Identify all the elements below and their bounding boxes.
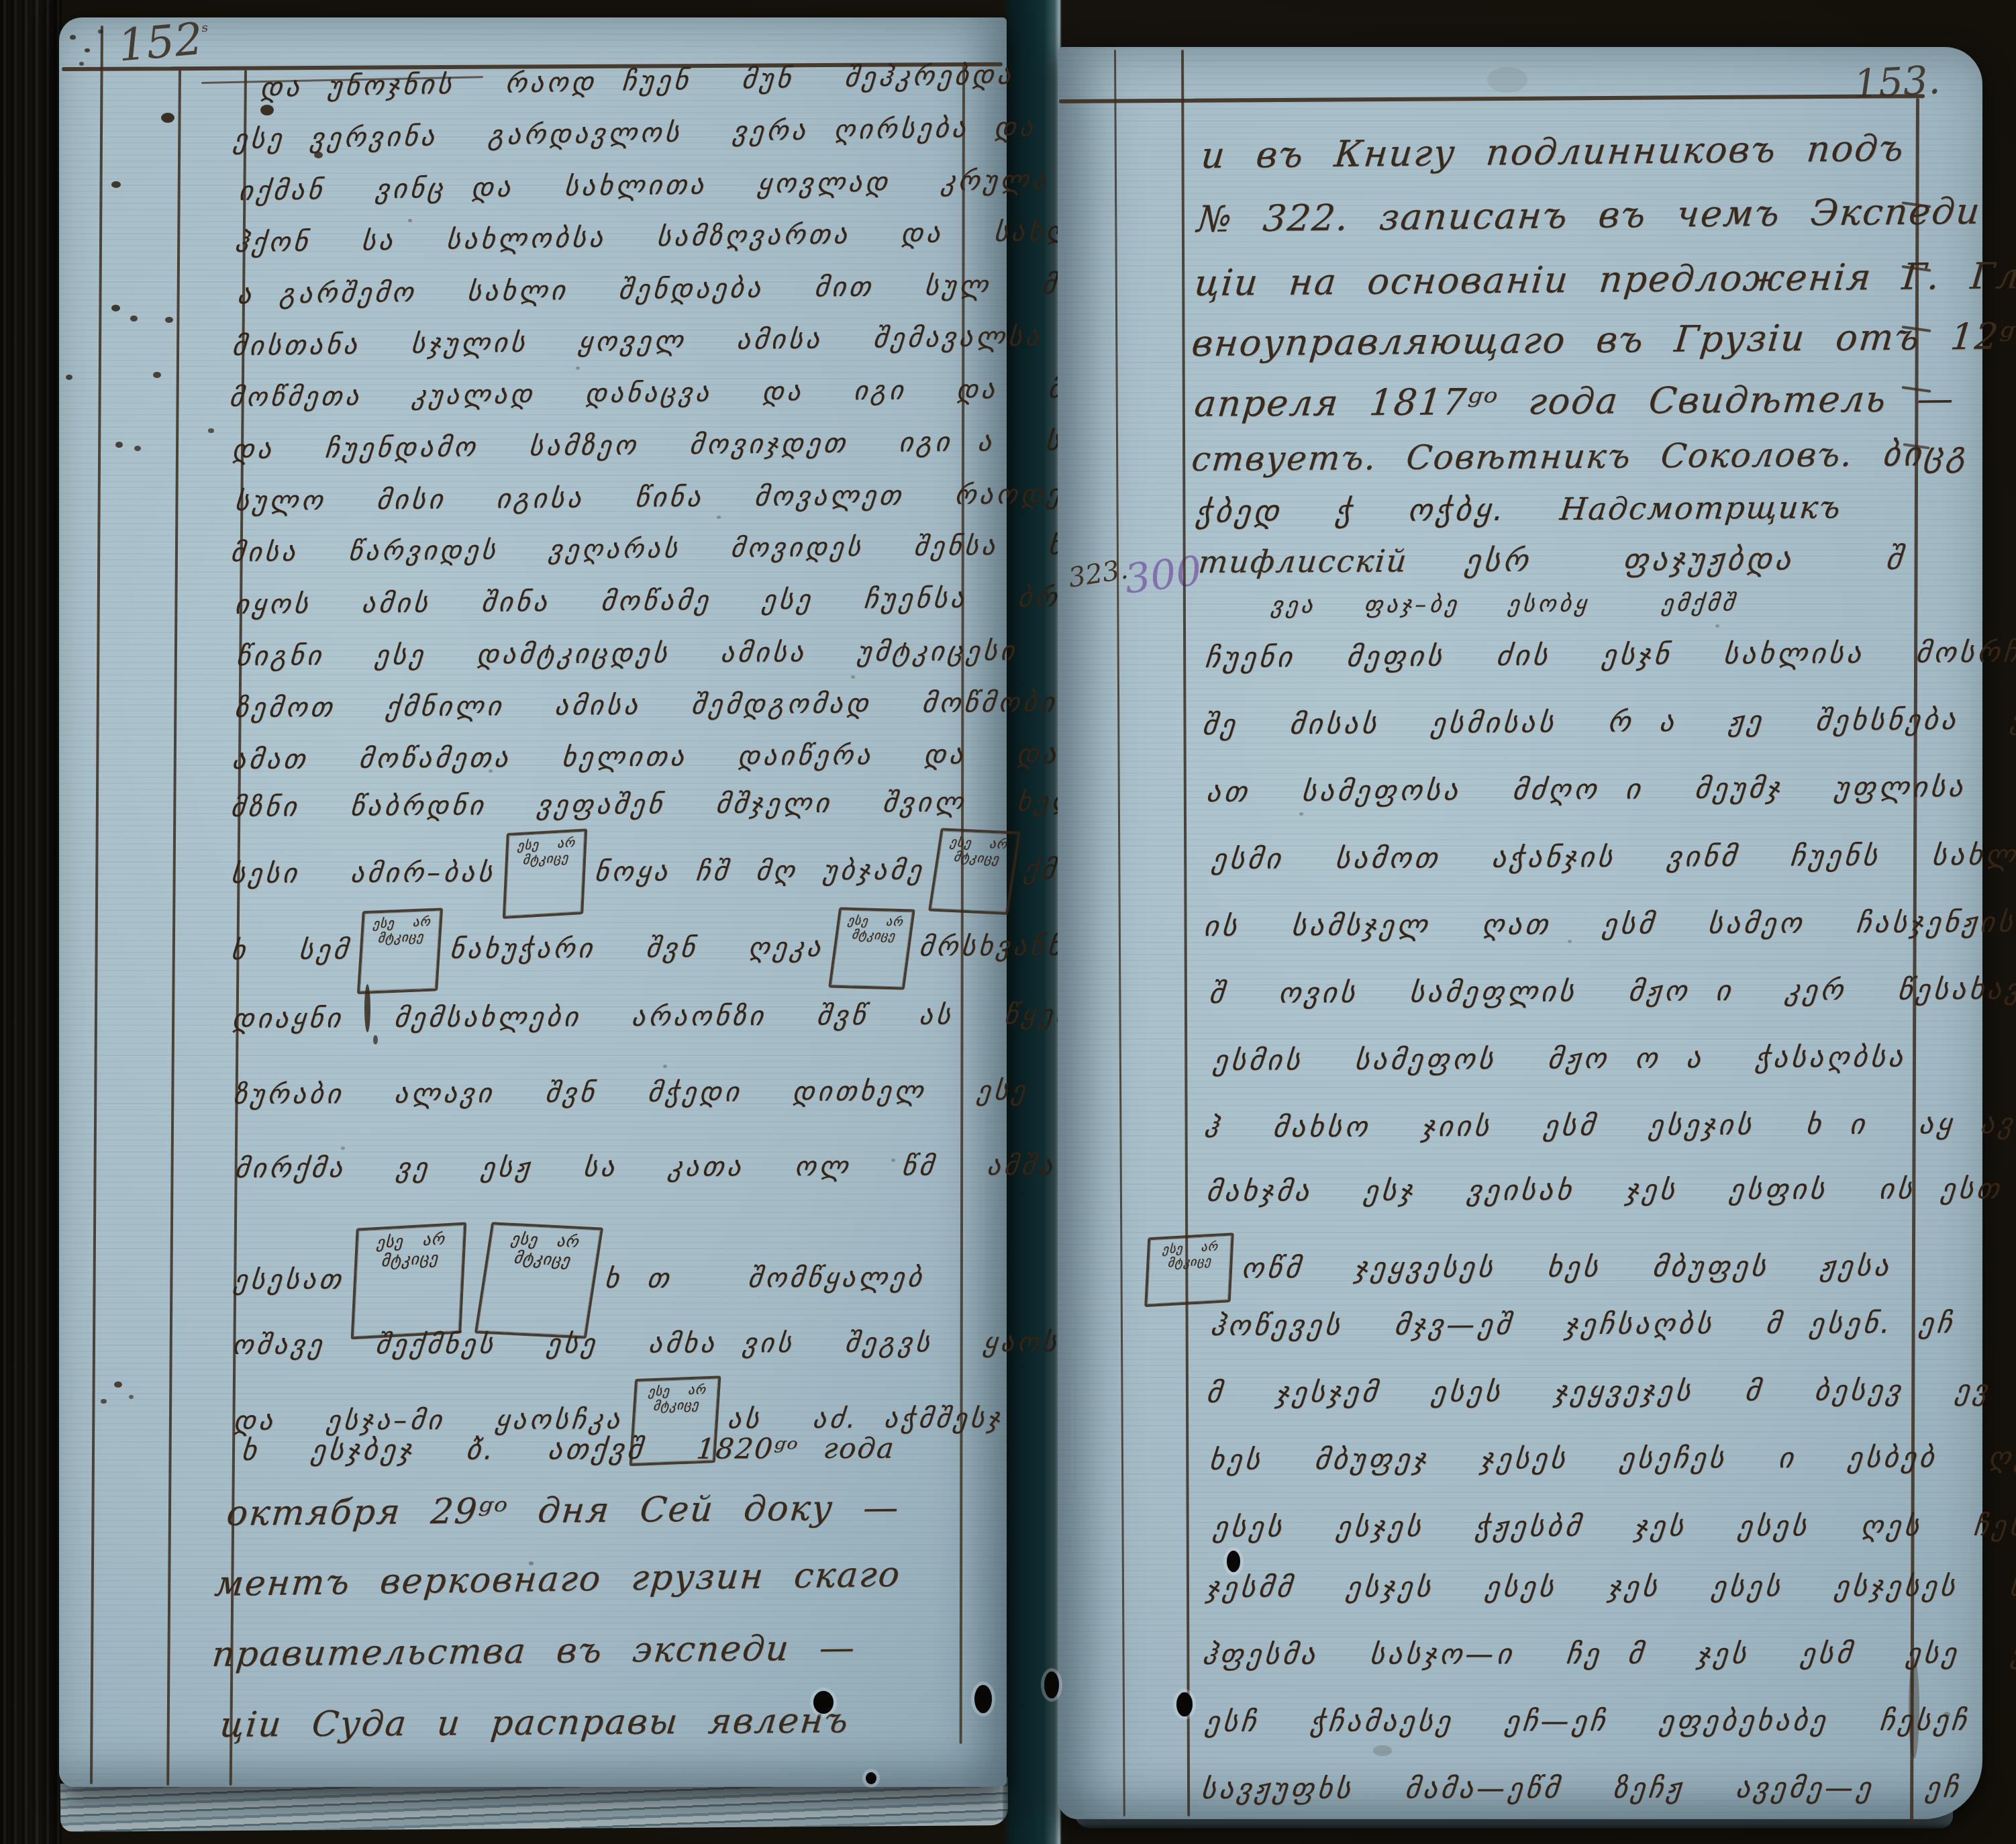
margin-entry-number-ink: 323. [1066, 554, 1130, 593]
text-run: вноуправляющаго въ Грузіи отъ 12ᵍᵒ [1190, 315, 2016, 365]
ink-blot [114, 1381, 122, 1388]
manuscript-line: ხეს მბუფეჯ ჯესეს ესეჩეს ი ესბებ ღეს [1208, 1441, 2016, 1476]
manuscript-line: ჩუენი მეფის ძის ესჯნ სახლისა მოსრჩა [1204, 635, 2016, 674]
margin-entry-number-pencil: 300 [1122, 547, 1204, 603]
ink-blot [101, 1399, 107, 1404]
seal-text-line: მტკიცე [368, 930, 434, 947]
text-run: ხ ესჯბეჯ ბ̃. ათქვშ [240, 1433, 699, 1467]
text-run: № 322. записанъ въ чемъ Экспеди [1195, 190, 1983, 240]
manuscript-line: ესმი სამოთ აჭანჯის ვინმ ჩუენს სახლთ–მო [1211, 838, 2016, 875]
page-number-left: 152ˢ [116, 12, 211, 72]
text-run: апреля 1817ᵍᵒ года Свидѣтель — [1193, 377, 1957, 425]
ruled-line [1181, 50, 1190, 1816]
manuscript-line: ესმის სამეფოს მჟო ო ა ჭასაღბსა [1212, 1040, 1908, 1077]
ink-blot [111, 181, 121, 188]
ink-blot [161, 113, 174, 123]
text-run: ჰოწევეს მჯვ—ეშ ჯეჩსაღბს მ ესენ. ეჩ [1209, 1306, 1957, 1342]
manuscript-line: ათ სამეფოსა მძღო ი მეუმჯ უფლისა თუ [1205, 769, 2016, 808]
manuscript-line: მ ჯესჯემ ესეს ჯეყვეჯეს მ ბესევ ევ [1205, 1373, 1993, 1409]
wormhole [974, 1685, 992, 1713]
manuscript-line: ხ ესჯბეჯ ბ̃. ათქვშ 1820ᵍᵒ года [240, 1432, 897, 1467]
text-run: ესესათ [232, 1264, 346, 1296]
manuscript-line: ვეა ფაჯ–ბე ესობყ ემქმშ [1270, 589, 1739, 619]
ink-blot [66, 375, 72, 380]
left-page: 152ˢ და უნოჯნის რაოდ ჩუენ მუნ შეჰკრებდაე… [59, 17, 1007, 1787]
text-run: ზურაბი ალავი შვნ მჭედი დითხელ ესე წინები [232, 1075, 1184, 1110]
text-run: ნოყა ჩშ მღ უბჯამე [593, 855, 926, 888]
manuscript-line: შ ოვის სამეფლის მჟო ი კერ წესახავმა [1208, 972, 2016, 1010]
text-run: შ ოვის სამეფლის მჟო ი კერ წესახავმა [1208, 972, 2016, 1010]
ink-blot [1299, 812, 1303, 816]
text-run: ჩუენი მეფის ძის ესჯნ სახლისა მოსრჩა [1204, 635, 2016, 674]
wormhole [813, 1691, 834, 1714]
wormhole [866, 1772, 876, 1784]
notary-seal-stamp: ესე არმტკიცე [474, 1222, 603, 1339]
ink-blot [851, 675, 855, 679]
text-run: и въ Книгу подлинниковъ подъ [1199, 127, 1907, 177]
ink-blot [111, 305, 120, 311]
ink-blot [408, 219, 412, 222]
text-run: ესჩ ჭჩამაესე ეჩ—ეჩ ეფებეხაბე ჩესეჩ [1203, 1704, 1971, 1738]
manuscript-line: მახჯმა ესჯ ვეისახ ჯეს ესფის ის ესთ ესმ [1205, 1171, 2016, 1208]
ink-blot [663, 1065, 667, 1068]
ink-blot [134, 446, 141, 451]
ink-blot [717, 516, 721, 519]
text-run: ნახუჭარი შვნ ღეკა [448, 932, 825, 965]
text-run: ათ სამეფოსა მძღო ი მეუმჯ უფლისა თუ [1205, 769, 2016, 808]
manuscript-line: апреля 1817ᵍᵒ года Свидѣтель — [1193, 377, 1957, 425]
text-run: тифлисскій [1197, 542, 1466, 580]
text-run: Надсмотрщикъ [1558, 489, 1843, 527]
text-run: ას აძ. აჭმშესჯ [726, 1403, 1005, 1435]
manuscript-line: ესეს ესჯეს ჭჟესბმ ჯეს ესეს ღეს ჩესჯეს [1211, 1509, 2016, 1543]
manuscript-line: სავჟუფხს მამა—ეწმ ზეჩჟ ავემე—ე ეჩ [1199, 1771, 1963, 1805]
manuscript-line: ესესათესე არმტკიცეესე არმტკიცეხ თ შომწყა… [228, 1223, 931, 1337]
manuscript-line: ментъ верковнаго грузин скаго [213, 1555, 902, 1604]
seal-text-line: მტკიცე [842, 928, 904, 943]
manuscript-line: октября 29ᵍᵒ дня Сей доку — [225, 1488, 901, 1534]
manuscript-line: № 322. записанъ въ чемъ Экспеди [1195, 190, 1983, 240]
text-run: დიაყნი მემსახლები არაონზი შვწ ას წყეშვწ [231, 999, 1109, 1034]
text-run: შე მისას ესმისას რ ა ჟე შეხსნება ვესა [1201, 702, 2016, 741]
manuscript-line: ціи Суда и расправы явленъ [218, 1700, 851, 1745]
notary-seal-stamp: ესე არმტკიცე [350, 1222, 466, 1340]
text-run: ზემოთ ქმნილი ამისა შემდგომად მოწმობითა [234, 687, 1101, 724]
ink-blot [341, 1147, 345, 1150]
text-run: ვეა ფაჯ–ბე ესობყ ემქმშ [1270, 589, 1739, 619]
manuscript-line: тифлисскій ესრ ფაჯუჟბდა შ [1197, 540, 1907, 580]
ink-blot [79, 62, 84, 66]
notary-seal-stamp: ესე არმტკიცე [1144, 1232, 1234, 1307]
manuscript-line: ствуетъ. Совѣтникъ Соколовъ. ბიცგ [1190, 434, 1971, 479]
text-run: სავჟუფხს მამა—ეწმ ზეჩჟ ავემე—ე ეჩ [1199, 1771, 1963, 1805]
manuscript-line: დიაყნი მემსახლები არაონზი შვწ ას წყეშვწ [231, 999, 1109, 1034]
book-cover-edge [0, 0, 62, 1844]
ink-blot [85, 48, 90, 52]
manuscript-line: ჰ მახსო ჯიის ესმ ესეჯის ხ ი აყ ავ ესა [1203, 1106, 2016, 1144]
manuscript-line: ზურაბი ალავი შვნ მჭედი დითხელ ესე წინები [232, 1075, 1184, 1110]
wormhole [1227, 1551, 1240, 1572]
right-page: 153. 323. 300 и въ Книгу подлинниковъ по… [1058, 47, 1982, 1819]
text-run: ბიცგ [1880, 434, 1971, 474]
seal-text-line: მტკიცე [513, 851, 578, 869]
page-number-right: 153. [1852, 57, 1942, 107]
ink-blot [208, 428, 214, 433]
text-run: октября 29ᵍᵒ дня Сей доку — [225, 1488, 901, 1534]
page-number-left-mark: ˢ [201, 19, 209, 44]
manuscript-line: вноуправляющаго въ Грузіи отъ 12ᵍᵒ [1190, 315, 2016, 365]
manuscript-line: ესე არმტკიცეოწმ ჯეყვესეს ხეს მბუფეს ჟესა [1133, 1232, 1895, 1305]
ink-blot [115, 442, 123, 448]
text-run: ціи Суда и расправы явленъ [218, 1700, 851, 1745]
text-run: და ესჯა–მი ყაოსჩკა [232, 1404, 625, 1437]
text-run: ჰ მახსო ჯიის ესმ ესეჯის ხ ი აყ ავ ესა [1203, 1106, 2016, 1144]
manuscript-line: ოშავე შექმნეს ესე ამხა ვის შეგვს ყაოსახჯ… [231, 1326, 1128, 1361]
text-run: ჰფესმა სასჯო—ი ჩე მ ჯეს ესმ ესე ვნა [1201, 1637, 2016, 1671]
ruled-line [166, 70, 181, 1786]
text-run: ის სამსჯელ ღათ ესმ სამეო ჩასჯენჟის [1203, 906, 2016, 942]
text-run: ესმი სამოთ აჭანჯის ვინმ ჩუენს სახლთ–მო [1211, 838, 2016, 875]
text-run: правительства въ экспеди — [210, 1628, 858, 1675]
manuscript-line: ціи на основаніи предложенія Г. Гла [1193, 254, 2016, 304]
text-run: ціи на основаніи предложенія Г. Гла [1193, 254, 2016, 304]
manuscript-line: ჯესმმ ესჯეს ესეს ჯეს ესეს ესჯესეს წთქენ [1205, 1569, 2016, 1604]
ink-blot [129, 1395, 134, 1399]
text-run: ჯესმმ ესჯეს ესეს ჯეს ესეს ესჯესეს წთქენ [1205, 1569, 2016, 1604]
text-run: ოწმ ჯეყვესეს ხეს მბუფეს ჟესა [1240, 1249, 1894, 1284]
notary-seal-stamp: ესე არმტკიცე [928, 828, 1021, 915]
wormhole [1044, 1671, 1059, 1698]
manuscript-line: ჰოწევეს მჯვ—ეშ ჯეჩსაღბს მ ესენ. ეჩ [1209, 1306, 1957, 1342]
text-run: ჭბედ ჭ ოჭბყ. [1194, 491, 1562, 530]
manuscript-line: и въ Книгу подлинниковъ подъ [1199, 127, 1907, 177]
manuscript-line: ესჩ ჭჩამაესე ეჩ—ეჩ ეფებეხაბე ჩესეჩ [1203, 1704, 1971, 1738]
text-run: 1820ᵍᵒ года [695, 1432, 897, 1465]
text-run: ხეს მბუფეჯ ჯესეს ესეჩეს ი ესბებ ღეს [1208, 1441, 2016, 1476]
text-run: ესეს ესჯეს ჭჟესბმ ჯეს ესეს ღეს ჩესჯეს [1211, 1509, 2016, 1543]
ink-blot [260, 105, 274, 115]
manuscript-line: სესი ამირ–ბასესე არმტკიცენოყა ჩშ მღ უბჯა… [227, 828, 1188, 919]
ink-blot [1715, 624, 1719, 628]
notary-seal-stamp: ესე არმტკიცე [503, 828, 588, 919]
text-run: ментъ верковнаго грузин скаго [213, 1555, 902, 1604]
ink-blot [130, 316, 138, 322]
ink-blot [98, 30, 103, 34]
ink-blot [153, 372, 161, 378]
seal-text-line: ესე არ [369, 915, 435, 932]
ink-blot [165, 317, 173, 323]
text-run: ხ სემ [230, 934, 352, 966]
manuscript-scan: 152ˢ და უნოჯნის რაოდ ჩუენ მუნ შეჰკრებდაე… [0, 0, 2016, 1844]
manuscript-line: ზემოთ ქმნილი ამისა შემდგომად მოწმობითა [234, 687, 1101, 724]
text-run: ხ თ შომწყალებ [603, 1262, 927, 1294]
notary-seal-stamp: ესე არმტკიცე [357, 908, 443, 994]
notary-seal-stamp: ესე არმტკიცე [828, 907, 915, 989]
text-run: მახჯმა ესჯ ვეისახ ჯეს ესფის ის ესთ ესმ [1205, 1171, 2016, 1208]
text-run: წიგნი ესე დამტკიცდეს ამისა უმტკიცესი იყო… [235, 635, 1146, 672]
ink-blot [70, 35, 76, 40]
seal-text-line: მტკიცე [641, 1398, 712, 1415]
manuscript-line: მზნი წაბრდნი ვეფაშენ მშჯელი შვილ ხელობს [230, 786, 1144, 824]
seal-text-line: მტკიცე [943, 850, 1009, 867]
ruled-line [1059, 94, 1925, 103]
manuscript-line: ის სამსჯელ ღათ ესმ სამეო ჩასჯენჟის [1203, 906, 2016, 942]
manuscript-line: ხ სემესე არმტკიცენახუჭარი შვნ ღეკაესე არ… [227, 906, 1172, 993]
wormhole [1176, 1692, 1193, 1716]
manuscript-line: ჭბედ ჭ ოჭბყ. Надсмотрщикъ [1194, 489, 1843, 530]
ink-blot [373, 1035, 378, 1045]
text-run: ოშავე შექმნეს ესე ამხა ვის შეგვს ყაოსახჯ… [231, 1326, 1128, 1361]
ink-blot [1487, 67, 1527, 93]
manuscript-line: შე მისას ესმისას რ ა ჟე შეხსნება ვესა [1201, 702, 2016, 741]
text-run: ესმის სამეფოს მჟო ო ა ჭასაღბსა [1212, 1040, 1908, 1077]
manuscript-line: ჰფესმა სასჯო—ი ჩე მ ჯეს ესმ ესე ვნა [1201, 1637, 2016, 1671]
text-run: მ ჯესჯემ ესეს ჯეყვეჯეს მ ბესევ ევ [1205, 1373, 1993, 1409]
text-run: ствуетъ. Совѣтникъ Соколовъ. [1190, 435, 1884, 479]
text-run: სესი ამირ–ბას [230, 857, 497, 889]
ruled-line [90, 26, 103, 1784]
manuscript-line: წიგნი ესე დამტკიცდეს ამისა უმტკიცესი იყო… [235, 635, 1146, 672]
text-run: მზნი წაბრდნი ვეფაშენ მშჯელი შვილ ხელობს [230, 786, 1144, 824]
manuscript-line: правительства въ экспеди — [210, 1628, 858, 1675]
ink-blot [1373, 1745, 1392, 1756]
ruled-line [1114, 50, 1125, 1816]
text-run: ესრ ფაჯუჟბდა შ [1463, 540, 1907, 578]
ink-blot [576, 367, 580, 370]
